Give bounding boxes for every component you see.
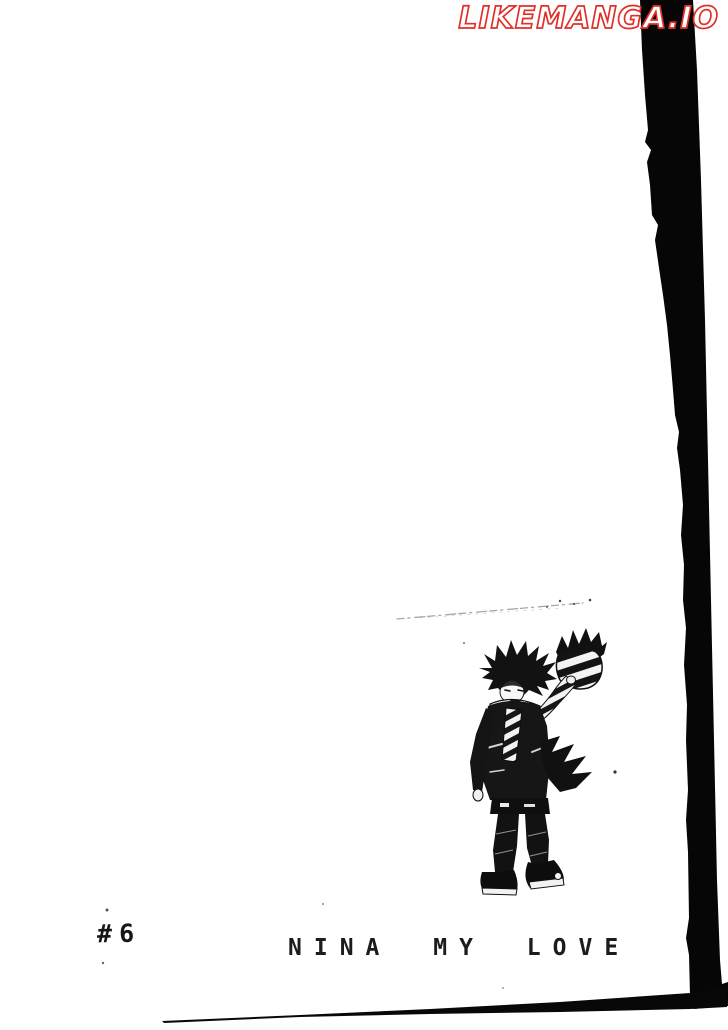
right-leg [525, 814, 549, 866]
belt [490, 798, 550, 814]
scarf-fringe [540, 736, 592, 792]
manga-character-illustration [470, 628, 607, 895]
scan-scratch-line [397, 603, 583, 619]
chapter-title: NINA MY LOVE [288, 935, 630, 961]
hanging-hand [473, 789, 483, 801]
belt-detail [500, 803, 509, 807]
manga-page[interactable]: LIKEMANGA.IO #6 NINA MY LOVE [0, 0, 728, 1030]
site-watermark: LIKEMANGA.IO [458, 2, 719, 35]
left-leg [493, 814, 519, 872]
raised-hand [567, 676, 576, 684]
chapter-number: #6 [97, 919, 142, 949]
shoe-dot [555, 873, 562, 880]
right-edge-black-bar [640, 0, 728, 1009]
bottom-edge-black-bar [162, 988, 727, 1023]
belt-detail-2 [524, 804, 535, 807]
left-shoe-sole [482, 888, 517, 895]
manga-page-artwork [0, 0, 728, 1030]
